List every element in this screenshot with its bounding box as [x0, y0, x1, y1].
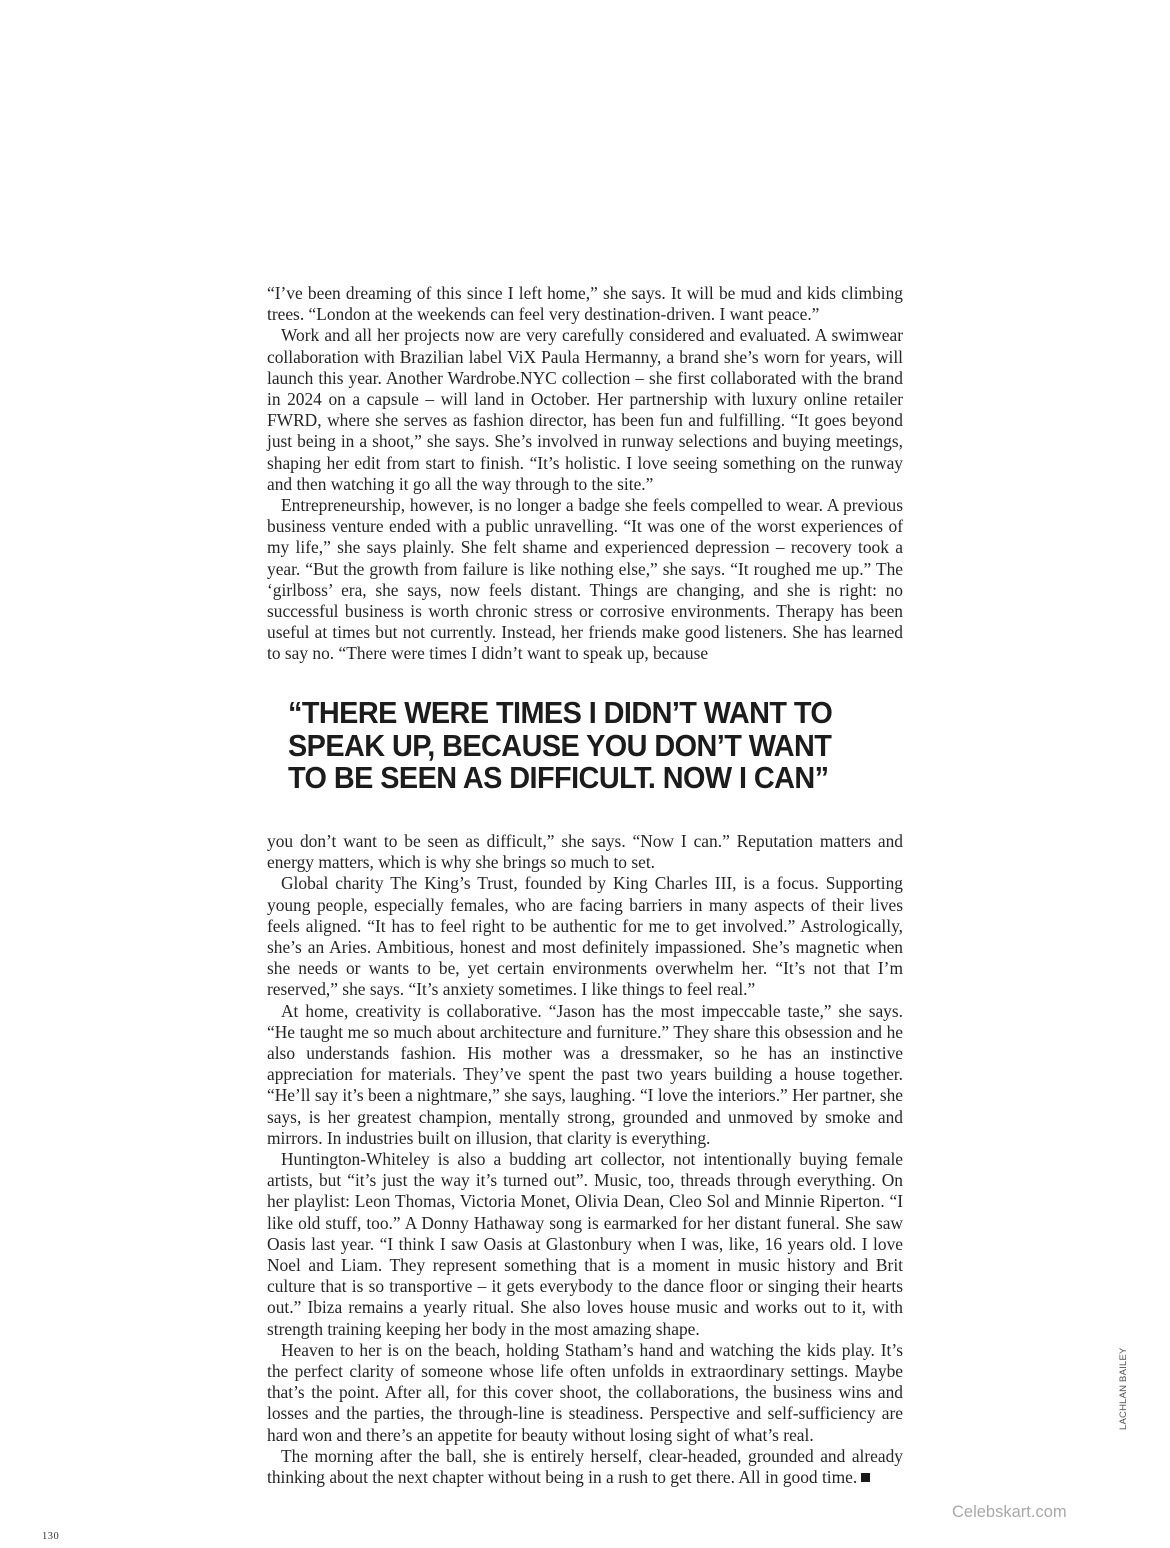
page-number: 130	[42, 1531, 59, 1542]
article-paragraph: Work and all her projects now are very c…	[267, 325, 903, 495]
photo-credit: LACHLAN BAILEY	[1118, 1347, 1129, 1430]
article-paragraph: At home, creativity is collaborative. “J…	[267, 1001, 903, 1149]
magazine-page: “I’ve been dreaming of this since I left…	[0, 0, 1170, 1548]
article-paragraph: Global charity The King’s Trust, founded…	[267, 873, 903, 1000]
article-paragraph: Entrepreneurship, however, is no longer …	[267, 495, 903, 665]
article-paragraph-final: The morning after the ball, she is entir…	[267, 1446, 903, 1488]
pull-quote-line: TO BE SEEN AS DIFFICULT. NOW I CAN”	[288, 762, 855, 795]
pull-quote-line: “THERE WERE TIMES I DIDN’T WANT TO	[288, 697, 855, 730]
article-column-bottom: you don’t want to be seen as difficult,”…	[267, 831, 903, 1488]
article-paragraph: Huntington-Whiteley is also a budding ar…	[267, 1149, 903, 1340]
pull-quote: “THERE WERE TIMES I DIDN’T WANT TO SPEAK…	[288, 697, 855, 795]
article-paragraph: “I’ve been dreaming of this since I left…	[267, 283, 903, 325]
article-paragraph: Heaven to her is on the beach, holding S…	[267, 1340, 903, 1446]
final-paragraph-text: The morning after the ball, she is entir…	[267, 1446, 903, 1487]
article-paragraph: you don’t want to be seen as difficult,”…	[267, 831, 903, 873]
pull-quote-line: SPEAK UP, BECAUSE YOU DON’T WANT	[288, 730, 855, 763]
article-column-top: “I’ve been dreaming of this since I left…	[267, 283, 903, 665]
watermark: Celebskart.com	[952, 1503, 1067, 1522]
end-of-article-square-icon	[861, 1473, 870, 1482]
